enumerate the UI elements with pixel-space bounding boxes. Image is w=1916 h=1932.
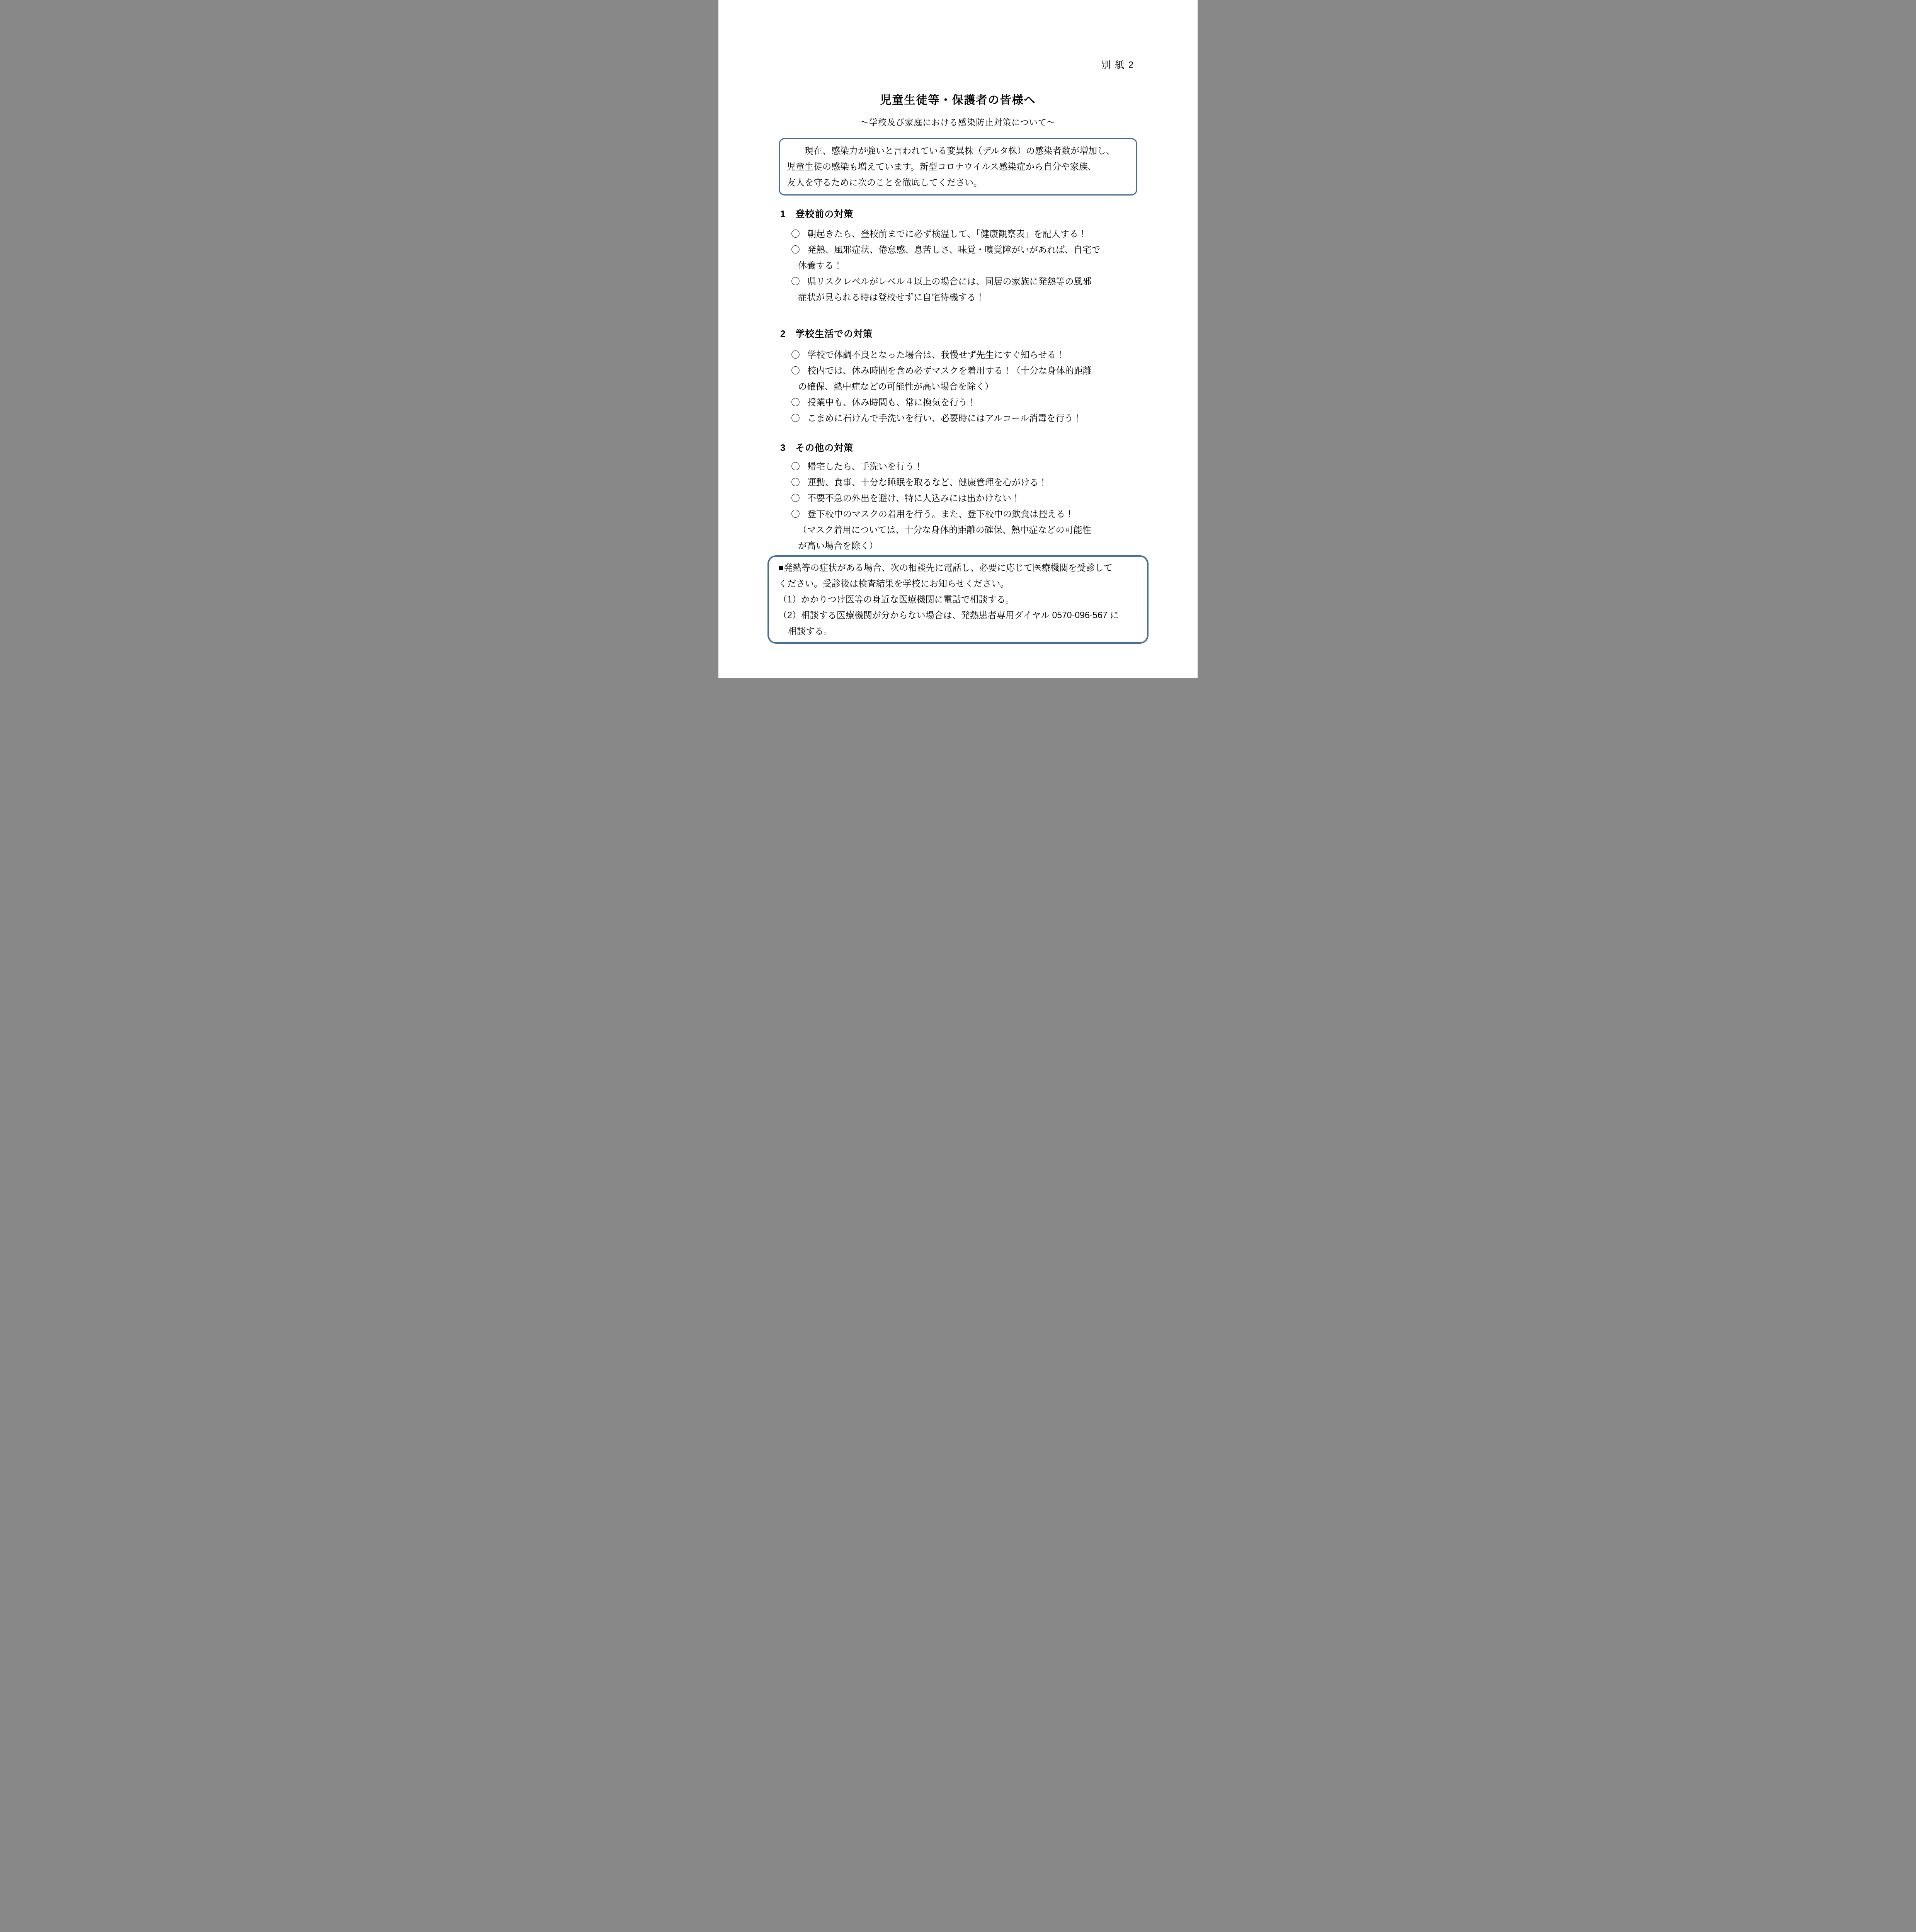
- circle-bullet-icon: 〇: [791, 506, 807, 522]
- list-item-continuation: が高い場合を除く）: [791, 538, 1198, 554]
- intro-line: 児童生徒の感染も増えています。新型コロナウイルス感染症から自分や家族、: [787, 159, 1129, 175]
- list-item-text: 運動、食事、十分な睡眠を取るなど、健康管理を心がける！: [807, 477, 1047, 487]
- circle-bullet-icon: 〇: [791, 274, 807, 289]
- list-item-continuation: の確保、熱中症などの可能性が高い場合を除く）: [791, 379, 1198, 395]
- circle-bullet-icon: 〇: [791, 363, 807, 379]
- list-item-text: 帰宅したら、手洗いを行う！: [807, 461, 923, 471]
- list-item-text: が高い場合を除く）: [798, 541, 878, 551]
- circle-bullet-icon: 〇: [791, 459, 807, 474]
- list-item: 〇運動、食事、十分な睡眠を取るなど、健康管理を心がける！: [791, 474, 1198, 490]
- list-item-text: 休養する！: [798, 260, 842, 270]
- page-title: 児童生徒等・保護者の皆様へ: [718, 92, 1198, 107]
- list-item: 〇不要不急の外出を避け、特に人込みには出かけない！: [791, 490, 1198, 506]
- circle-bullet-icon: 〇: [791, 242, 807, 258]
- notice-line: 相談する。: [778, 623, 1138, 639]
- list-item-continuation: 休養する！: [791, 258, 1198, 274]
- list-item-text: 朝起きたら、登校前までに必ず検温して、「健康観察表」を記入する！: [807, 229, 1087, 239]
- list-item-text: 発熱、風邪症状、倦怠感、息苦しさ、味覚・嗅覚障がいがあれば、自宅で: [807, 245, 1100, 255]
- circle-bullet-icon: 〇: [791, 226, 807, 242]
- circle-bullet-icon: 〇: [791, 395, 807, 410]
- list-item-text: 県リスクレベルがレベル４以上の場合には、同居の家族に発熱等の風邪: [807, 276, 1092, 286]
- list-item: 〇こまめに石けんで手洗いを行い、必要時にはアルコール消毒を行う！: [791, 410, 1198, 426]
- list-item-text: 症状が見られる時は登校せずに自宅待機する！: [798, 292, 985, 302]
- section-list-before-school: 〇朝起きたら、登校前までに必ず検温して、「健康観察表」を記入する！ 〇発熱、風邪…: [791, 226, 1198, 305]
- circle-bullet-icon: 〇: [791, 474, 807, 490]
- section-heading-other: 3 その他の対策: [780, 440, 1198, 454]
- list-item: 〇授業中も、休み時間も、常に換気を行う！: [791, 395, 1198, 410]
- notice-line: ください。受診後は検査結果を学校にお知らせください。: [778, 576, 1138, 592]
- intro-line: 友人を守るために次のことを徹底してください。: [787, 175, 1129, 190]
- notice-line: ■発熱等の症状がある場合、次の相談先に電話し、必要に応じて医療機関を受診して: [778, 560, 1138, 576]
- list-item-text: こまめに石けんで手洗いを行い、必要時にはアルコール消毒を行う！: [807, 413, 1082, 423]
- annex-label: 別 紙 2: [718, 0, 1198, 71]
- list-item: 〇朝起きたら、登校前までに必ず検温して、「健康観察表」を記入する！: [791, 226, 1198, 242]
- contact-notice-box: ■発熱等の症状がある場合、次の相談先に電話し、必要に応じて医療機関を受診して く…: [767, 555, 1149, 644]
- list-item: 〇学校で体調不良となった場合は、我慢せず先生にすぐ知らせる！: [791, 347, 1198, 363]
- section-heading-before-school: 1 登校前の対策: [780, 206, 1198, 220]
- list-item: 〇発熱、風邪症状、倦怠感、息苦しさ、味覚・嗅覚障がいがあれば、自宅で: [791, 242, 1198, 258]
- section-list-school-life: 〇学校で体調不良となった場合は、我慢せず先生にすぐ知らせる！ 〇校内では、休み時…: [791, 347, 1198, 426]
- circle-bullet-icon: 〇: [791, 410, 807, 426]
- list-item-text: （マスク着用については、十分な身体的距離の確保、熱中症などの可能性: [798, 525, 1091, 535]
- page-subtitle: ～学校及び家庭における感染防止対策について～: [718, 116, 1198, 128]
- list-item-text: 授業中も、休み時間も、常に換気を行う！: [807, 397, 976, 407]
- list-item: 〇帰宅したら、手洗いを行う！: [791, 459, 1198, 474]
- list-item-continuation: 症状が見られる時は登校せずに自宅待機する！: [791, 289, 1198, 305]
- section-heading-school-life: 2 学校生活での対策: [780, 326, 1198, 340]
- notice-line: （1）かかりつけ医等の身近な医療機関に電話で相談する。: [778, 592, 1138, 607]
- list-item: 〇県リスクレベルがレベル４以上の場合には、同居の家族に発熱等の風邪: [791, 274, 1198, 289]
- notice-line: （2）相談する医療機関が分からない場合は、発熱患者専用ダイヤル 0570-096…: [778, 607, 1138, 623]
- list-item-text: 不要不急の外出を避け、特に人込みには出かけない！: [807, 493, 1020, 503]
- list-item-text: 学校で体調不良となった場合は、我慢せず先生にすぐ知らせる！: [807, 350, 1065, 360]
- list-item: 〇登下校中のマスクの着用を行う。また、登下校中の飲食は控える！: [791, 506, 1198, 522]
- list-item-continuation: （マスク着用については、十分な身体的距離の確保、熱中症などの可能性: [791, 522, 1198, 538]
- list-item-text: 登下校中のマスクの着用を行う。また、登下校中の飲食は控える！: [807, 509, 1074, 519]
- section-list-other: 〇帰宅したら、手洗いを行う！ 〇運動、食事、十分な睡眠を取るなど、健康管理を心が…: [791, 459, 1198, 554]
- circle-bullet-icon: 〇: [791, 347, 807, 363]
- intro-box: 現在、感染力が強いと言われている変異株（デルタ株）の感染者数が増加し、 児童生徒…: [779, 138, 1137, 196]
- document-page: 別 紙 2 児童生徒等・保護者の皆様へ ～学校及び家庭における感染防止対策につい…: [718, 0, 1198, 678]
- circle-bullet-icon: 〇: [791, 490, 807, 506]
- list-item: 〇校内では、休み時間を含め必ずマスクを着用する！（十分な身体的距離: [791, 363, 1198, 379]
- list-item-text: の確保、熱中症などの可能性が高い場合を除く）: [798, 381, 994, 391]
- list-item-text: 校内では、休み時間を含め必ずマスクを着用する！（十分な身体的距離: [807, 366, 1092, 376]
- intro-line: 現在、感染力が強いと言われている変異株（デルタ株）の感染者数が増加し、: [787, 143, 1129, 159]
